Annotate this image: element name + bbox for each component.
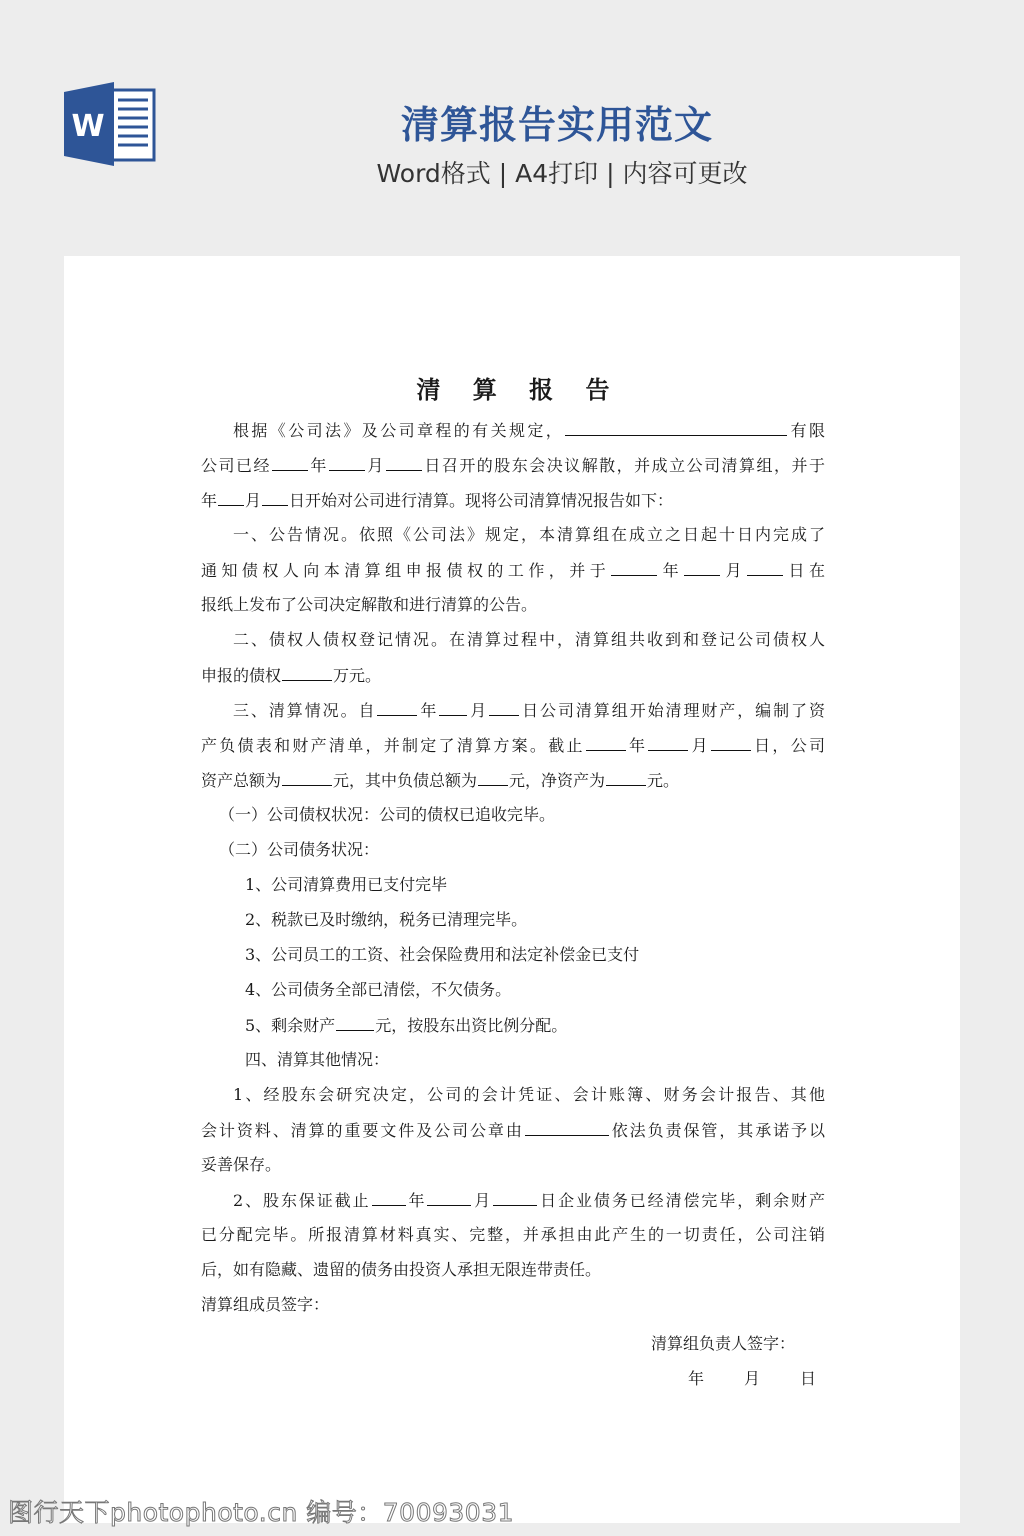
- other-item-2-line-2: 已分配完毕。所报清算材料真实、完整，并承担由此产生的一切责任，公司注销: [201, 1225, 825, 1245]
- blank-total-liabilities[interactable]: [478, 770, 508, 786]
- header: W 清算报告实用范文 Word格式 | A4打印 | 内容可更改: [0, 0, 1024, 256]
- section-3-line-3: 资产总额为元，其中负债总额为元，净资产为元。: [201, 770, 679, 791]
- blank-custodian[interactable]: [525, 1120, 609, 1136]
- debt-item-3: 3、公司员工的工资、社会保险费用和法定补偿金已支付: [245, 945, 639, 965]
- paragraph-intro-line-1: 根据《公司法》及公司章程的有关规定，有限: [201, 420, 825, 441]
- other-item-2-line-1: 2、股东保证截止年月日企业债务已经清偿完毕，剩余财产: [201, 1190, 825, 1211]
- other-item-1-line-2: 会计资料、清算的重要文件及公司公章由依法负责保管，其承诺予以: [201, 1120, 825, 1141]
- blank-remaining-assets[interactable]: [336, 1015, 374, 1031]
- blank-day[interactable]: [262, 490, 288, 506]
- debt-item-2: 2、税款已及时缴纳，税务已清理完毕。: [245, 910, 527, 930]
- blank-year[interactable]: [586, 735, 626, 751]
- signature-date: 年月日: [688, 1366, 816, 1389]
- subsection-debts: （二）公司债务状况：: [219, 840, 379, 860]
- paragraph-intro-line-3: 年月日开始对公司进行清算。现将公司清算情况报告如下：: [201, 490, 673, 511]
- other-item-2-line-3: 后，如有隐藏、遗留的债务由投资人承担无限连带责任。: [201, 1260, 601, 1280]
- watermark: 图行天下photophoto.cn 编号：70093031: [8, 1493, 514, 1529]
- blank-claims-amount[interactable]: [282, 665, 332, 681]
- section-4-heading: 四、清算其他情况：: [245, 1050, 389, 1070]
- debt-item-5: 5、剩余财产元，按股东出资比例分配。: [245, 1015, 567, 1036]
- document-page: 清 算 报 告 根据《公司法》及公司章程的有关规定，有限 公司已经年月日召开的股…: [64, 256, 960, 1523]
- blank-day[interactable]: [711, 735, 751, 751]
- leader-signature-label: 清算组负责人签字：: [651, 1331, 795, 1354]
- section-1-line-1: 一、公告情况。依照《公司法》规定，本清算组在成立之日起十日内完成了: [201, 525, 825, 545]
- section-2-line-2: 申报的债权万元。: [201, 665, 381, 686]
- blank-month[interactable]: [684, 560, 720, 576]
- page-subheading: Word格式 | A4打印 | 内容可更改: [0, 154, 1024, 190]
- blank-month[interactable]: [439, 700, 467, 716]
- blank-net-assets[interactable]: [606, 770, 646, 786]
- subsection-claims: （一）公司债权状况：公司的债权已追收完毕。: [219, 805, 555, 825]
- section-1-line-2: 通知债权人向本清算组申报债权的工作，并于年月日在: [201, 560, 825, 581]
- other-item-1-line-3: 妥善保存。: [201, 1155, 281, 1175]
- section-2-line-1: 二、债权人债权登记情况。在清算过程中，清算组共收到和登记公司债权人: [201, 630, 825, 650]
- blank-year[interactable]: [372, 1190, 406, 1206]
- blank-company-name[interactable]: [565, 420, 787, 436]
- section-3-line-1: 三、清算情况。自年月日公司清算组开始清理财产，编制了资: [201, 700, 825, 721]
- members-signature-label: 清算组成员签字：: [201, 1295, 329, 1315]
- blank-total-assets[interactable]: [282, 770, 332, 786]
- blank-year[interactable]: [272, 455, 308, 471]
- debt-item-4: 4、公司债务全部已清偿，不欠债务。: [245, 980, 511, 1000]
- section-1-line-3: 报纸上发布了公司决定解散和进行清算的公告。: [201, 595, 537, 615]
- blank-day[interactable]: [493, 1190, 537, 1206]
- other-item-1-line-1: 1、经股东会研究决定，公司的会计凭证、会计账簿、财务会计报告、其他: [201, 1085, 825, 1105]
- blank-year[interactable]: [377, 700, 417, 716]
- blank-day[interactable]: [747, 560, 783, 576]
- blank-day[interactable]: [386, 455, 422, 471]
- blank-day[interactable]: [489, 700, 519, 716]
- blank-month[interactable]: [648, 735, 688, 751]
- section-3-line-2: 产负债表和财产清单，并制定了清算方案。截止年月日，公司: [201, 735, 825, 756]
- blank-year[interactable]: [611, 560, 657, 576]
- blank-month[interactable]: [218, 490, 244, 506]
- paragraph-intro-line-2: 公司已经年月日召开的股东会决议解散，并成立公司清算组，并于: [201, 455, 825, 476]
- document-title: 清 算 报 告: [201, 370, 825, 405]
- page-heading: 清算报告实用范文: [0, 94, 1024, 149]
- blank-month[interactable]: [427, 1190, 471, 1206]
- debt-item-1: 1、公司清算费用已支付完毕: [245, 875, 447, 895]
- blank-month[interactable]: [329, 455, 365, 471]
